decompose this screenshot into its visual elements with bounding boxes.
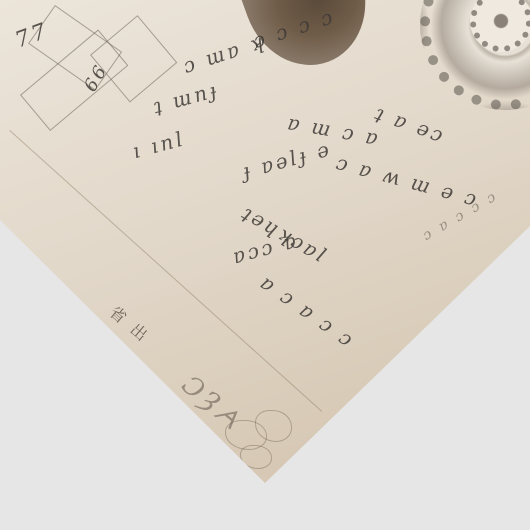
crackle-texture — [240, 445, 272, 469]
script-line: ı ınl — [130, 126, 188, 163]
script-line: ɟ ɐǝlɟ ǝ — [240, 136, 334, 183]
stamp-characters: 省 出 — [105, 300, 155, 347]
paper-tile: 77 66 ɔ ɔ ɔ ɔ ɔ ɯɐ ʞ ʇ ɯnɟ ı ınl ʇ ɐ ǝɔ … — [0, 0, 530, 530]
script-line: ɔ ɯɐ ʞ — [180, 29, 268, 78]
photo-stage: 77 66 ɔ ɔ ɔ ɔ ɔ ɯɐ ʞ ʇ ɯnɟ ı ınl ʇ ɐ ǝɔ … — [0, 0, 530, 530]
script-line: ʇ ɐ ǝɔ — [372, 100, 449, 148]
script-line: ɐ ɔ ɐ ɔ ɔ — [256, 270, 360, 353]
stamp-grid-cell — [90, 15, 177, 102]
script-line: ʇ ɯnɟ — [150, 78, 221, 119]
script-line: ɔ ɐ ʍ ɯ ǝ ɔ — [334, 150, 482, 211]
